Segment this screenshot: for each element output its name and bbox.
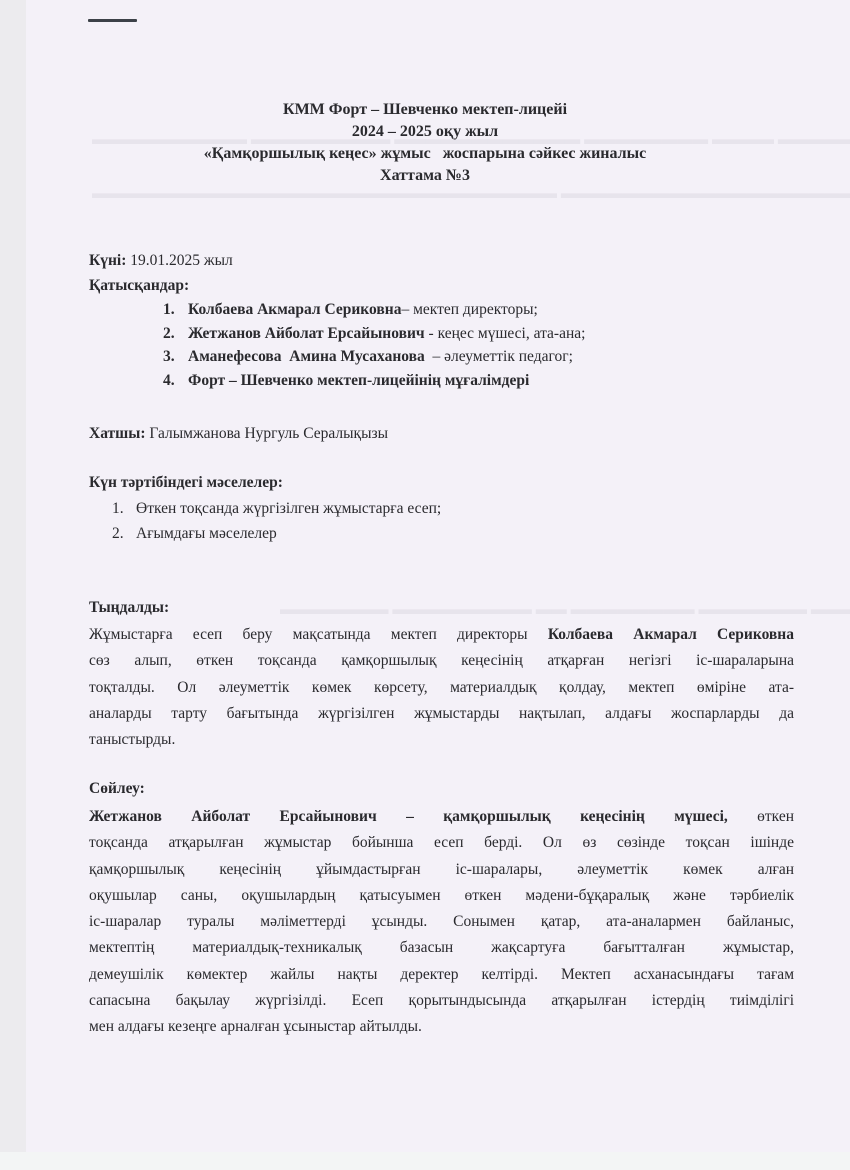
participant-name: Аманефесова Амина Мусаханова — [188, 348, 425, 365]
participant-name: Жетжанов Айболат Ерсайынович — [188, 325, 425, 342]
meeting-subject: «Қамқоршылық кеңес» жұмыс жоспарына сәйк… — [0, 143, 850, 165]
agenda-item: 1.Өткен тоқсанда жүргізілген жұмыстарға … — [112, 496, 441, 521]
speaker-name: Жетжанов Айболат Ерсайынович – қамқоршыл… — [89, 808, 728, 825]
document-header: КММ Форт – Шевченко мектеп-лицейі 2024 –… — [0, 99, 850, 187]
agenda-list: 1.Өткен тоқсанда жүргізілген жұмыстарға … — [112, 496, 441, 546]
school-name: КММ Форт – Шевченко мектеп-лицейі — [0, 99, 850, 121]
participant-role: - кеңес мүшесі, ата-ана; — [425, 325, 586, 342]
scanned-page: ▬▬▬▬▬▬▬▬▬▬ ▬▬▬▬▬▬▬▬▬ ▬▬▬▬▬▬▬▬▬▬▬▬ ▬▬▬▬▬▬… — [0, 0, 850, 1170]
academic-year: 2024 – 2025 оқу жыл — [0, 121, 850, 143]
corner-mark — [88, 19, 137, 22]
listened-paragraph: Жұмыстарға есеп беру мақсатында мектеп д… — [89, 622, 794, 753]
secretary-name: Галымжанова Нургуль Сералықызы — [146, 425, 389, 442]
participant-item: 1.Колбаева Акмарал Сериковна– мектеп дир… — [163, 298, 585, 322]
date-line: Күні: 19.01.2025 жыл — [89, 250, 233, 272]
agenda-item: 2.Ағымдағы мәселелер — [112, 521, 441, 546]
date-value: 19.01.2025 жыл — [126, 252, 232, 269]
participant-name: Форт – Шевченко мектеп-лицейінің мұғалім… — [188, 372, 529, 389]
participant-item: 3.Аманефесова Амина Мусаханова – әлеумет… — [163, 345, 585, 369]
protocol-number: Хаттама №3 — [0, 165, 850, 187]
participants-list: 1.Колбаева Акмарал Сериковна– мектеп дир… — [163, 298, 585, 393]
speech-paragraph: Жетжанов Айболат Ерсайынович – қамқоршыл… — [89, 804, 794, 1041]
participant-item: 2.Жетжанов Айболат Ерсайынович - кеңес м… — [163, 322, 585, 346]
date-label: Күні: — [89, 252, 126, 269]
scan-bottom-margin — [0, 1152, 850, 1170]
bleed-through-text: ▬▬▬▬▬▬▬ ▬▬▬▬▬▬▬▬▬ ▬▬ ▬▬▬▬▬▬▬▬ ▬▬▬▬▬▬▬ ▬▬… — [280, 598, 850, 622]
director-name: Колбаева Акмарал Сериковна — [548, 626, 794, 643]
participant-role: – әлеуметтік педагог; — [425, 348, 573, 365]
listened-label: Тыңдалды: — [89, 597, 169, 619]
speech-label: Сөйлеу: — [89, 778, 145, 800]
participant-name: Колбаева Акмарал Сериковна — [188, 301, 401, 318]
participants-label: Қатысқандар: — [89, 275, 189, 297]
secretary-label: Хатшы: — [89, 425, 146, 442]
secretary-line: Хатшы: Галымжанова Нургуль Сералықызы — [89, 423, 388, 445]
participant-role: – мектеп директоры; — [401, 301, 537, 318]
agenda-label: Күн тәртібіндегі мәселелер: — [89, 472, 283, 494]
participant-item: 4.Форт – Шевченко мектеп-лицейінің мұғал… — [163, 369, 585, 393]
